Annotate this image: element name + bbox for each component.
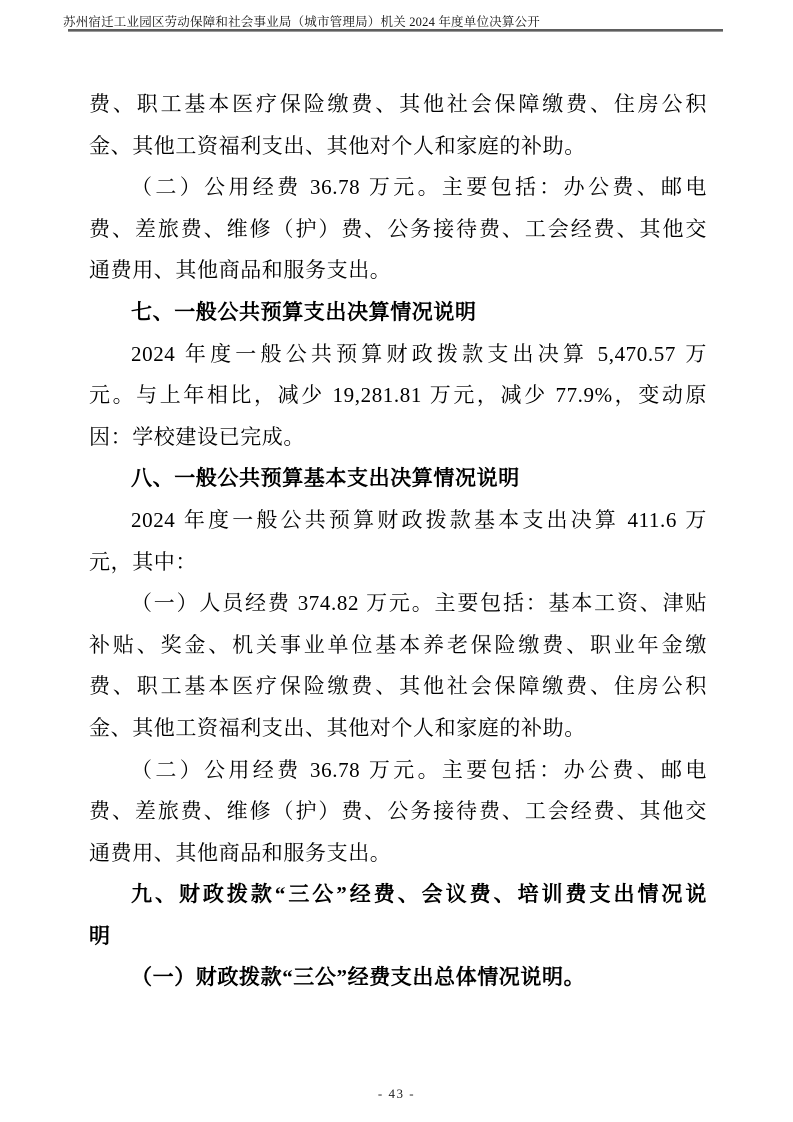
text-line: 元。与上年相比，减少 19,281.81 万元，减少 77.9%，变动原 [89, 375, 707, 417]
text-line: 2024 年度一般公共预算财政拨款支出决算 5,470.57 万 [89, 334, 707, 376]
text-line: 费、差旅费、维修（护）费、公务接待费、工会经费、其他交 [89, 209, 707, 251]
text-line: 费、差旅费、维修（护）费、公务接待费、工会经费、其他交 [89, 791, 707, 833]
text-line: （二）公用经费 36.78 万元。主要包括：办公费、邮电 [89, 167, 707, 209]
text-line: 金、其他工资福利支出、其他对个人和家庭的补助。 [89, 126, 707, 168]
section-heading-line: 八、一般公共预算基本支出决算情况说明 [89, 458, 707, 500]
text-line: 补贴、奖金、机关事业单位基本养老保险缴费、职业年金缴 [89, 625, 707, 667]
page-header-title: 苏州宿迁工业园区劳动保障和社会事业局（城市管理局）机关 2024 年度单位决算公… [63, 12, 540, 30]
text-line: 元，其中： [89, 542, 707, 584]
section-heading-line: 七、一般公共预算支出决算情况说明 [89, 292, 707, 334]
text-line: 通费用、其他商品和服务支出。 [89, 250, 707, 292]
text-line: 金、其他工资福利支出、其他对个人和家庭的补助。 [89, 708, 707, 750]
text-line: 通费用、其他商品和服务支出。 [89, 833, 707, 875]
section-heading-line: 明 [89, 916, 707, 958]
text-line: （一）人员经费 374.82 万元。主要包括：基本工资、津贴 [89, 583, 707, 625]
text-line: 费、职工基本医疗保险缴费、其他社会保障缴费、住房公积 [89, 666, 707, 708]
subsection-heading-line: （一）财政拨款“三公”经费支出总体情况说明。 [89, 957, 707, 999]
text-line: 费、职工基本医疗保险缴费、其他社会保障缴费、住房公积 [89, 84, 707, 126]
page-number: - 43 - [0, 1086, 793, 1102]
section-heading-line: 九、财政拨款“三公”经费、会议费、培训费支出情况说 [89, 874, 707, 916]
text-line: （二）公用经费 36.78 万元。主要包括：办公费、邮电 [89, 750, 707, 792]
text-line: 2024 年度一般公共预算财政拨款基本支出决算 411.6 万 [89, 500, 707, 542]
document-page: 苏州宿迁工业园区劳动保障和社会事业局（城市管理局）机关 2024 年度单位决算公… [0, 0, 793, 1122]
document-body: 费、职工基本医疗保险缴费、其他社会保障缴费、住房公积 金、其他工资福利支出、其他… [89, 84, 707, 999]
text-line: 因：学校建设已完成。 [89, 417, 707, 459]
header-rule [68, 29, 723, 32]
